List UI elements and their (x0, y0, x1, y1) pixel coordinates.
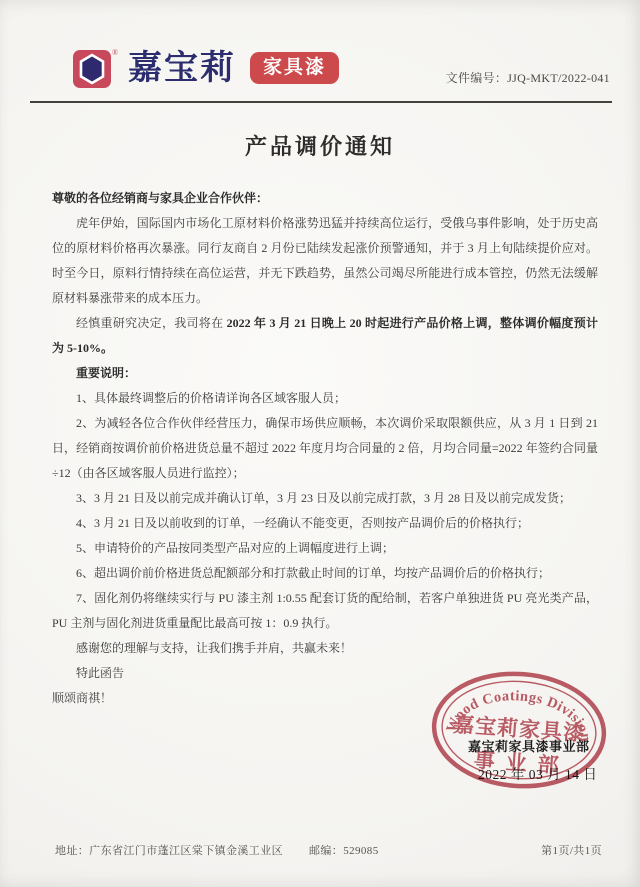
footer-address: 地址：广东省江门市蓬江区棠下镇金溪工业区邮编：529085 (55, 842, 405, 858)
list-item: 7、固化剂仍将继续实行与 PU 漆主剂 1:0.55 配套订货的配给制，若客户单… (52, 586, 598, 636)
brand-logo: ® 嘉宝莉 家具漆 (72, 46, 339, 90)
page-footer: 地址：广东省江门市蓬江区棠下镇金溪工业区邮编：529085 第1页/共1页 (55, 842, 602, 858)
doc-number: 文件编号：JJQ-MKT/2022-041 (446, 69, 610, 90)
paragraph-intro: 虎年伊始，国际国内市场化工原材料价格涨势迅猛并持续高位运行，受俄乌事件影响，处于… (52, 211, 598, 311)
address-text: 地址：广东省江门市蓬江区棠下镇金溪工业区 (55, 845, 283, 857)
list-item: 5、申请特价的产品按同类型产品对应的上调幅度进行上调； (52, 536, 598, 561)
stamp-center-line2: 事业部 (473, 748, 570, 779)
document-header: ® 嘉宝莉 家具漆 文件编号：JJQ-MKT/2022-041 (72, 46, 610, 90)
paragraph-decision: 经慎重研究决定，我司将在 2022 年 3 月 21 日晚上 20 时起进行产品… (52, 311, 598, 361)
header-divider (30, 101, 612, 103)
thanks-line: 感谢您的理解与支持，让我们携手并肩，共赢未来！ (52, 636, 598, 661)
letter-body: 尊敬的各位经销商与家具企业合作伙伴： 虎年伊始，国际国内市场化工原材料价格涨势迅… (52, 186, 598, 711)
decision-normal-text: 经慎重研究决定，我司将在 (76, 316, 227, 330)
salutation: 尊敬的各位经销商与家具企业合作伙伴： (52, 186, 598, 211)
brand-badge: 家具漆 (250, 52, 339, 84)
page-indicator: 第1页/共1页 (541, 842, 602, 858)
company-stamp-seal: Wood Coatings Division 嘉宝莉家具漆 事业部 (428, 668, 610, 796)
doc-number-value: JJQ-MKT/2022-041 (507, 71, 610, 85)
registered-trademark-icon: ® (112, 48, 118, 57)
list-item: 2、为减轻各位合作伙伴经营压力，确保市场供应顺畅，本次调价采取限额供应，从 3 … (52, 411, 598, 486)
document-page: ® 嘉宝莉 家具漆 文件编号：JJQ-MKT/2022-041 产品调价通知 尊… (0, 0, 640, 887)
doc-number-label: 文件编号： (446, 71, 508, 85)
list-item: 6、超出调价前价格进货总配额部分和打款截止时间的订单，均按产品调价后的价格执行； (52, 561, 598, 586)
brand-name: 嘉宝莉 (128, 51, 236, 85)
postal-code-text: 邮编：529085 (309, 845, 379, 857)
list-item: 4、3 月 21 日及以前收到的订单，一经确认不能变更，否则按产品调价后的价格执… (52, 511, 598, 536)
list-item: 3、3 月 21 日及以前完成并确认订单，3 月 23 日及以前完成打款，3 月… (52, 486, 598, 511)
list-item: 1、具体最终调整后的价格请详询各区域客服人员； (52, 386, 598, 411)
page-title: 产品调价通知 (0, 130, 640, 161)
important-notes-label: 重要说明： (52, 361, 598, 386)
carpoly-hexagon-icon: ® (72, 46, 118, 90)
